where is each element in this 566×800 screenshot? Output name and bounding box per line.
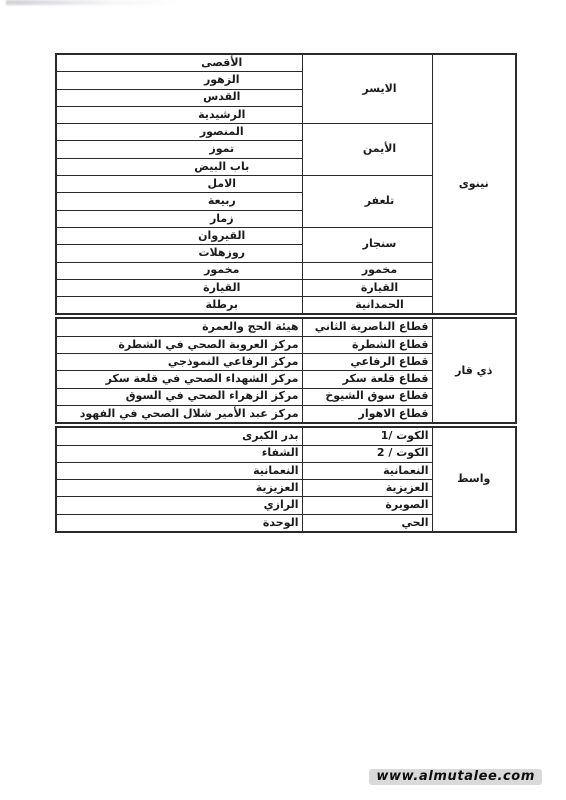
health-center-cell: مخمور [56, 262, 302, 279]
health-center-cell: الرشيدية [56, 106, 302, 123]
scan-artifact-streak [6, 0, 181, 5]
sector-cell: الايسر [302, 54, 432, 124]
watermark-badge: www.almutalee.com [369, 769, 542, 785]
sector-cell: القيارة [302, 279, 432, 296]
health-center-cell: الزهور [56, 72, 302, 89]
section-table-1: ذي قارقطاع الناصرية الثانيهيئة الحج والع… [55, 317, 517, 424]
health-center-cell: مركز الزهراء الصحي في السوق [56, 388, 302, 405]
sector-cell: الحمدانية [302, 297, 432, 315]
health-center-cell: تموز [56, 141, 302, 158]
sector-cell: قطاع الشطرة [302, 336, 432, 353]
table-row: ذي قارقطاع الناصرية الثانيهيئة الحج والع… [56, 318, 516, 336]
section-table-2: واسطالكوت /1بدر الكبرىالكوت / 2الشفاءالن… [55, 426, 517, 533]
sector-cell: الصويرة [302, 497, 432, 514]
sector-cell: مخمور [302, 262, 432, 279]
governorate-health-table: نينوىالايسرالأقصىالزهورالقدسالرشيديةالأي… [55, 53, 517, 535]
sector-cell: النعمانية [302, 462, 432, 479]
health-center-cell: زمار [56, 210, 302, 227]
health-center-cell: برطلة [56, 297, 302, 315]
health-center-cell: بدر الكبرى [56, 427, 302, 445]
sector-cell: قطاع الاهوار [302, 405, 432, 423]
sector-cell: الكوت /1 [302, 427, 432, 445]
table-row: نينوىالايسرالأقصى [56, 54, 516, 72]
sector-cell: الأيمن [302, 124, 432, 176]
health-center-cell: العزيزية [56, 480, 302, 497]
health-center-cell: الامل [56, 176, 302, 193]
health-center-cell: مركز الشهداء الصحي في قلعة سكر [56, 371, 302, 388]
health-center-cell: القيروان [56, 227, 302, 244]
health-center-cell: الوحدة [56, 514, 302, 532]
health-center-cell: الشفاء [56, 445, 302, 462]
sector-cell: الحي [302, 514, 432, 532]
health-center-cell: ربيعة [56, 193, 302, 210]
table-row: واسطالكوت /1بدر الكبرى [56, 427, 516, 445]
health-center-cell: مركز عبد الأمير شلال الصحي في الفهود [56, 405, 302, 423]
health-center-cell: المنصور [56, 124, 302, 141]
governorate-cell: نينوى [432, 54, 516, 314]
health-center-cell: القدس [56, 89, 302, 106]
section-table-0: نينوىالايسرالأقصىالزهورالقدسالرشيديةالأي… [55, 53, 517, 315]
health-center-cell: القيارة [56, 279, 302, 296]
sector-cell: سنجار [302, 227, 432, 262]
sector-cell: قطاع سوق الشيوخ [302, 388, 432, 405]
health-center-cell: مركز العروبة الصحي في الشطرة [56, 336, 302, 353]
health-center-cell: النعمانية [56, 462, 302, 479]
health-center-cell: الأقصى [56, 54, 302, 72]
sector-cell: تلعفر [302, 176, 432, 228]
governorate-cell: ذي قار [432, 318, 516, 423]
health-center-cell: مركز الرفاعي النموذجي [56, 354, 302, 371]
sector-cell: قطاع الناصرية الثاني [302, 318, 432, 336]
health-center-cell: الرازي [56, 497, 302, 514]
sector-cell: العزيزية [302, 480, 432, 497]
sector-cell: قطاع الرفاعي [302, 354, 432, 371]
sector-cell: الكوت / 2 [302, 445, 432, 462]
sector-cell: قطاع قلعة سكر [302, 371, 432, 388]
health-center-cell: روزهلات [56, 245, 302, 262]
governorate-cell: واسط [432, 427, 516, 532]
health-center-cell: باب البيض [56, 158, 302, 175]
health-center-cell: هيئة الحج والعمرة [56, 318, 302, 336]
